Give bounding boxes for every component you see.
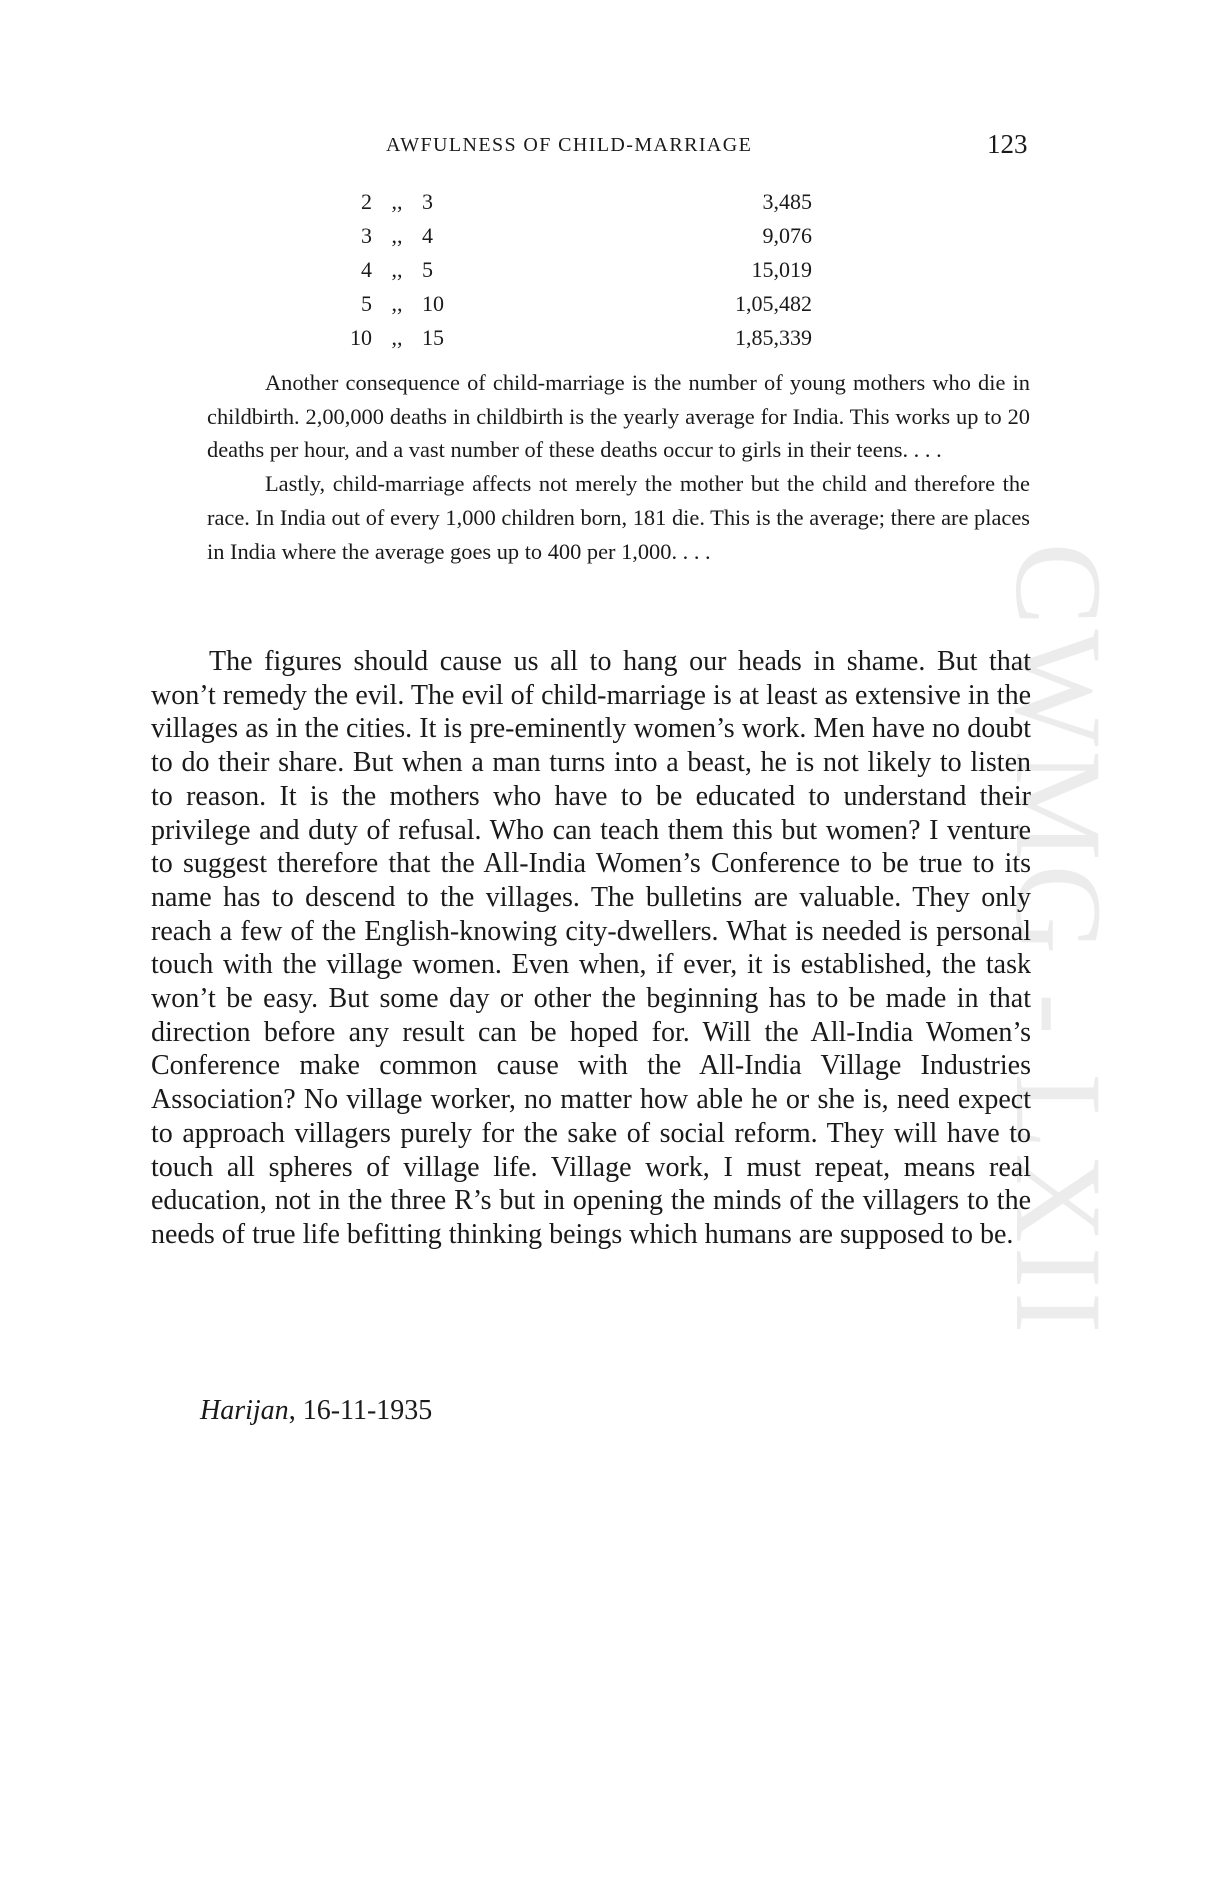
table-row: 10 ,, 15 1,85,339	[340, 321, 820, 355]
table-row: 4 ,, 5 15,019	[340, 253, 820, 287]
count-value: 1,85,339	[458, 321, 820, 355]
ditto-mark: ,,	[372, 253, 422, 287]
table-row: 3 ,, 4 9,076	[340, 219, 820, 253]
age-to: 3	[422, 185, 458, 219]
count-value: 3,485	[458, 185, 820, 219]
ditto-mark: ,,	[372, 185, 422, 219]
table-row: 2 ,, 3 3,485	[340, 185, 820, 219]
age-to: 4	[422, 219, 458, 253]
citation-separator: ,	[289, 1395, 303, 1426]
count-value: 15,019	[458, 253, 820, 287]
ditto-mark: ,,	[372, 219, 422, 253]
age-from: 3	[340, 219, 372, 253]
age-from: 10	[340, 321, 372, 355]
count-value: 1,05,482	[458, 287, 820, 321]
source-citation: Harijan, 16-11-1935	[200, 1395, 432, 1427]
body-text: The figures should cause us all to hang …	[151, 645, 1031, 1252]
table-row: 5 ,, 10 1,05,482	[340, 287, 820, 321]
publication-name: Harijan	[200, 1395, 289, 1426]
running-head: AWFULNESS OF CHILD-MARRIAGE	[386, 134, 752, 157]
statistics-table: 2 ,, 3 3,485 3 ,, 4 9,076 4 ,, 5 15,019 …	[340, 185, 820, 355]
block-quote: Another consequence of child-marriage is…	[207, 366, 1030, 568]
age-from: 4	[340, 253, 372, 287]
age-from: 2	[340, 185, 372, 219]
body-paragraph: The figures should cause us all to hang …	[151, 645, 1031, 1252]
age-to: 15	[422, 321, 458, 355]
quote-paragraph: Lastly, child-marriage affects not merel…	[207, 467, 1030, 568]
age-to: 10	[422, 287, 458, 321]
age-to: 5	[422, 253, 458, 287]
publication-date: 16-11-1935	[303, 1395, 433, 1426]
age-from: 5	[340, 287, 372, 321]
page-number: 123	[987, 129, 1028, 160]
quote-paragraph: Another consequence of child-marriage is…	[207, 366, 1030, 467]
count-value: 9,076	[458, 219, 820, 253]
ditto-mark: ,,	[372, 321, 422, 355]
ditto-mark: ,,	[372, 287, 422, 321]
